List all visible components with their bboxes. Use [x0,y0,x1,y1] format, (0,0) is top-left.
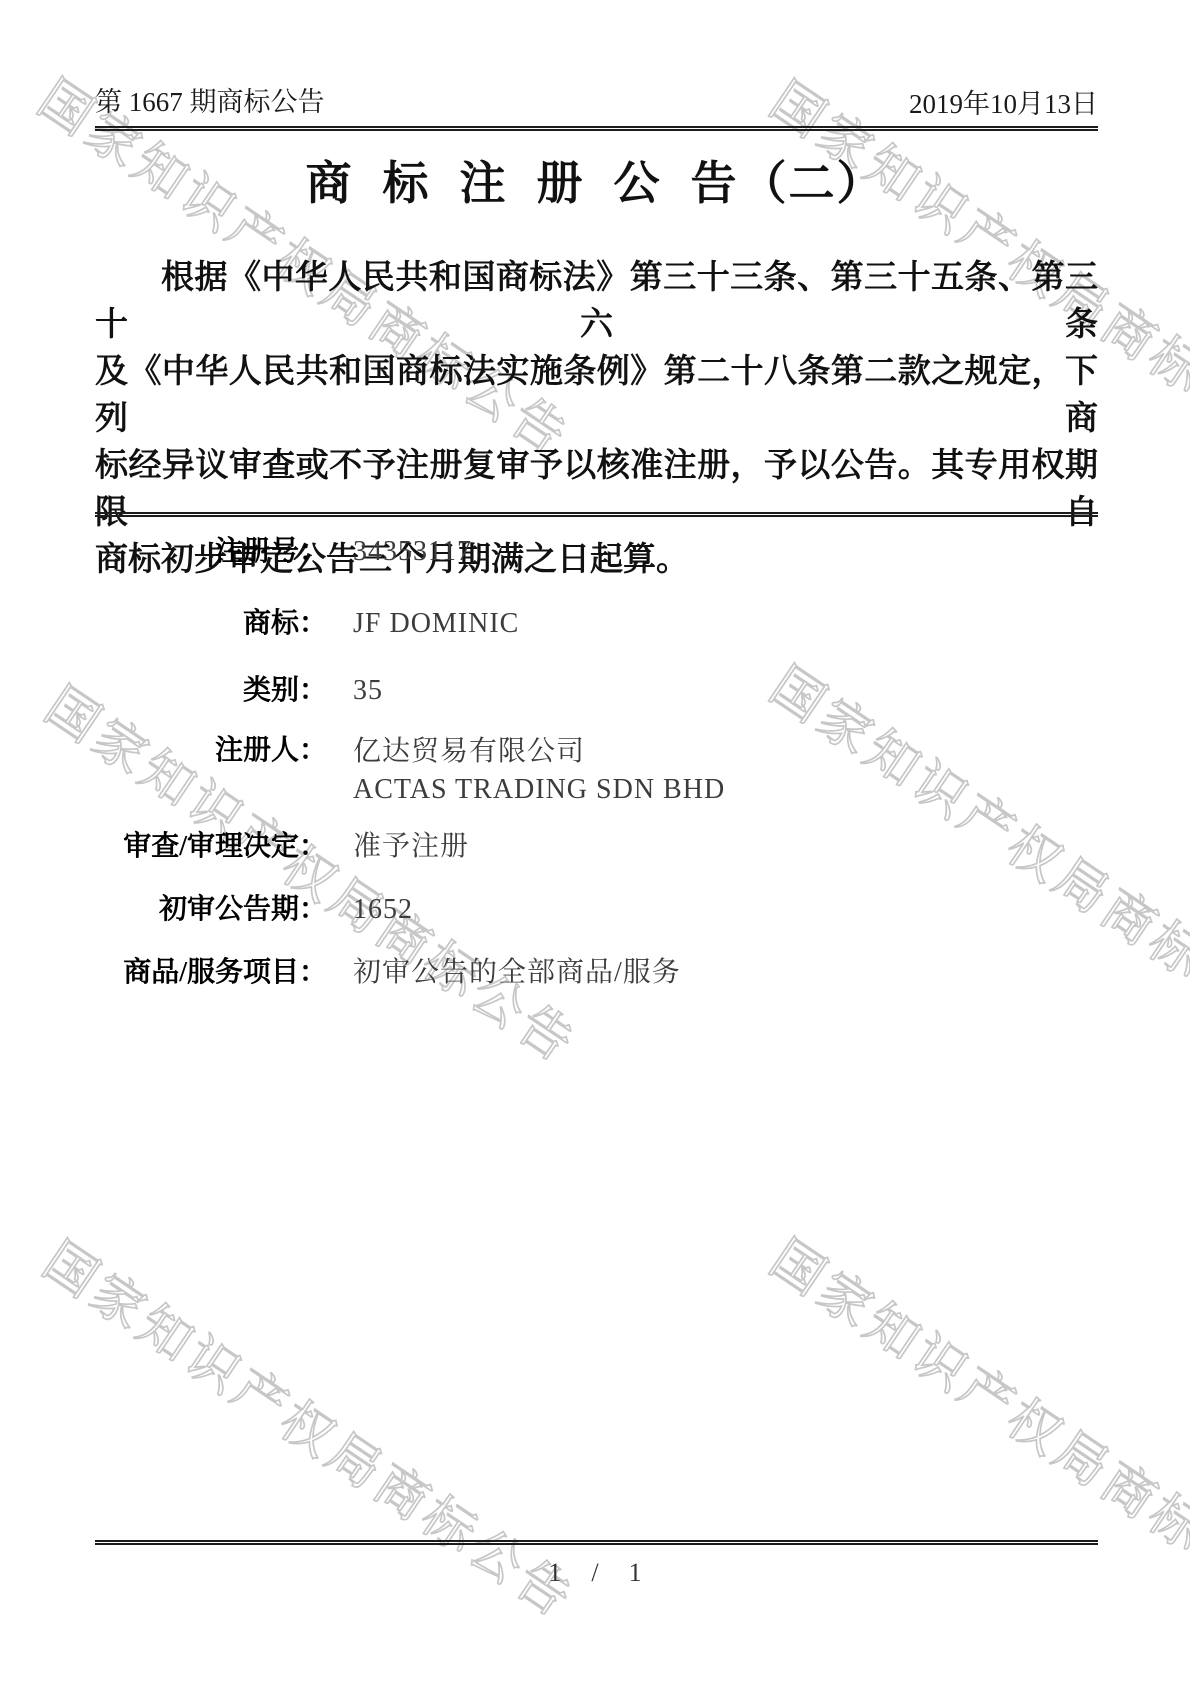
page-number-separator: / [591,1558,598,1588]
field-row-goods-services: 商品/服务项目： 初审公告的全部商品/服务 [95,959,1098,987]
field-label: 商品/服务项目： [95,959,327,987]
field-label: 审查/审理决定： [95,833,327,861]
page-title: 商标注册公告（二） [0,156,1190,212]
field-row-registration-number: 注册号： 34353117 [95,538,1098,566]
intro-line: 及《中华人民共和国商标法实施条例》第二十八条第二款之规定，下列商 [95,349,1098,443]
field-label: 商标： [95,610,327,638]
intro-line: 标经异议审查或不予注册复审予以核准注册，予以公告。其专用权期限自 [95,443,1098,537]
field-row-registrant: 注册人： 亿达贸易有限公司 ACTAS TRADING SDN BHD [95,737,1098,809]
field-value: 准予注册 [353,833,469,861]
header-issue-number: 第 1667 期商标公告 [95,86,325,118]
section-rule [95,512,1098,517]
field-label: 注册号： [95,538,327,566]
field-value: JF DOMINIC [353,610,519,638]
field-value: 35 [353,677,383,705]
field-row-class: 类别： 35 [95,677,1098,705]
field-value: 初审公告的全部商品/服务 [353,959,681,987]
header-date: 2019年10月13日 [909,88,1098,120]
registrant-name-cn: 亿达贸易有限公司 [353,733,725,771]
page-number: 1 / 1 [0,1558,1190,1588]
field-value: 亿达贸易有限公司 ACTAS TRADING SDN BHD [353,733,725,809]
field-label: 类别： [95,677,327,705]
field-label: 初审公告期： [95,896,327,924]
page-number-current: 1 [548,1558,561,1588]
gazette-page: 国家知识产权局商标公告 国家知识产权局商标公告 国家知识产权局商标公告 国家知识… [0,0,1190,1684]
intro-line: 根据《中华人民共和国商标法》第三十三条、第三十五条、第三十六条 [95,255,1098,349]
field-value: 34353117 [353,538,472,566]
page-number-total: 1 [629,1558,642,1588]
field-value: 1652 [353,896,413,924]
field-row-preliminary-gazette: 初审公告期： 1652 [95,896,1098,924]
field-label: 注册人： [95,737,327,765]
registration-record: 注册号： 34353117 商标： JF DOMINIC 类别： 35 注册人：… [95,538,1098,987]
page-title-suffix: （二） [741,158,885,209]
page-content: 第 1667 期商标公告 2019年10月13日 商标注册公告（二） 根据《中华… [0,0,1190,1684]
registrant-name-en: ACTAS TRADING SDN BHD [353,771,725,809]
field-row-trademark: 商标： JF DOMINIC [95,610,1098,638]
field-row-decision: 审查/审理决定： 准予注册 [95,833,1098,861]
footer-rule [95,1540,1098,1545]
page-title-main: 商标注册公告 [306,158,768,209]
intro-paragraph: 根据《中华人民共和国商标法》第三十三条、第三十五条、第三十六条 及《中华人民共和… [95,255,1098,584]
header-rule [95,126,1098,131]
